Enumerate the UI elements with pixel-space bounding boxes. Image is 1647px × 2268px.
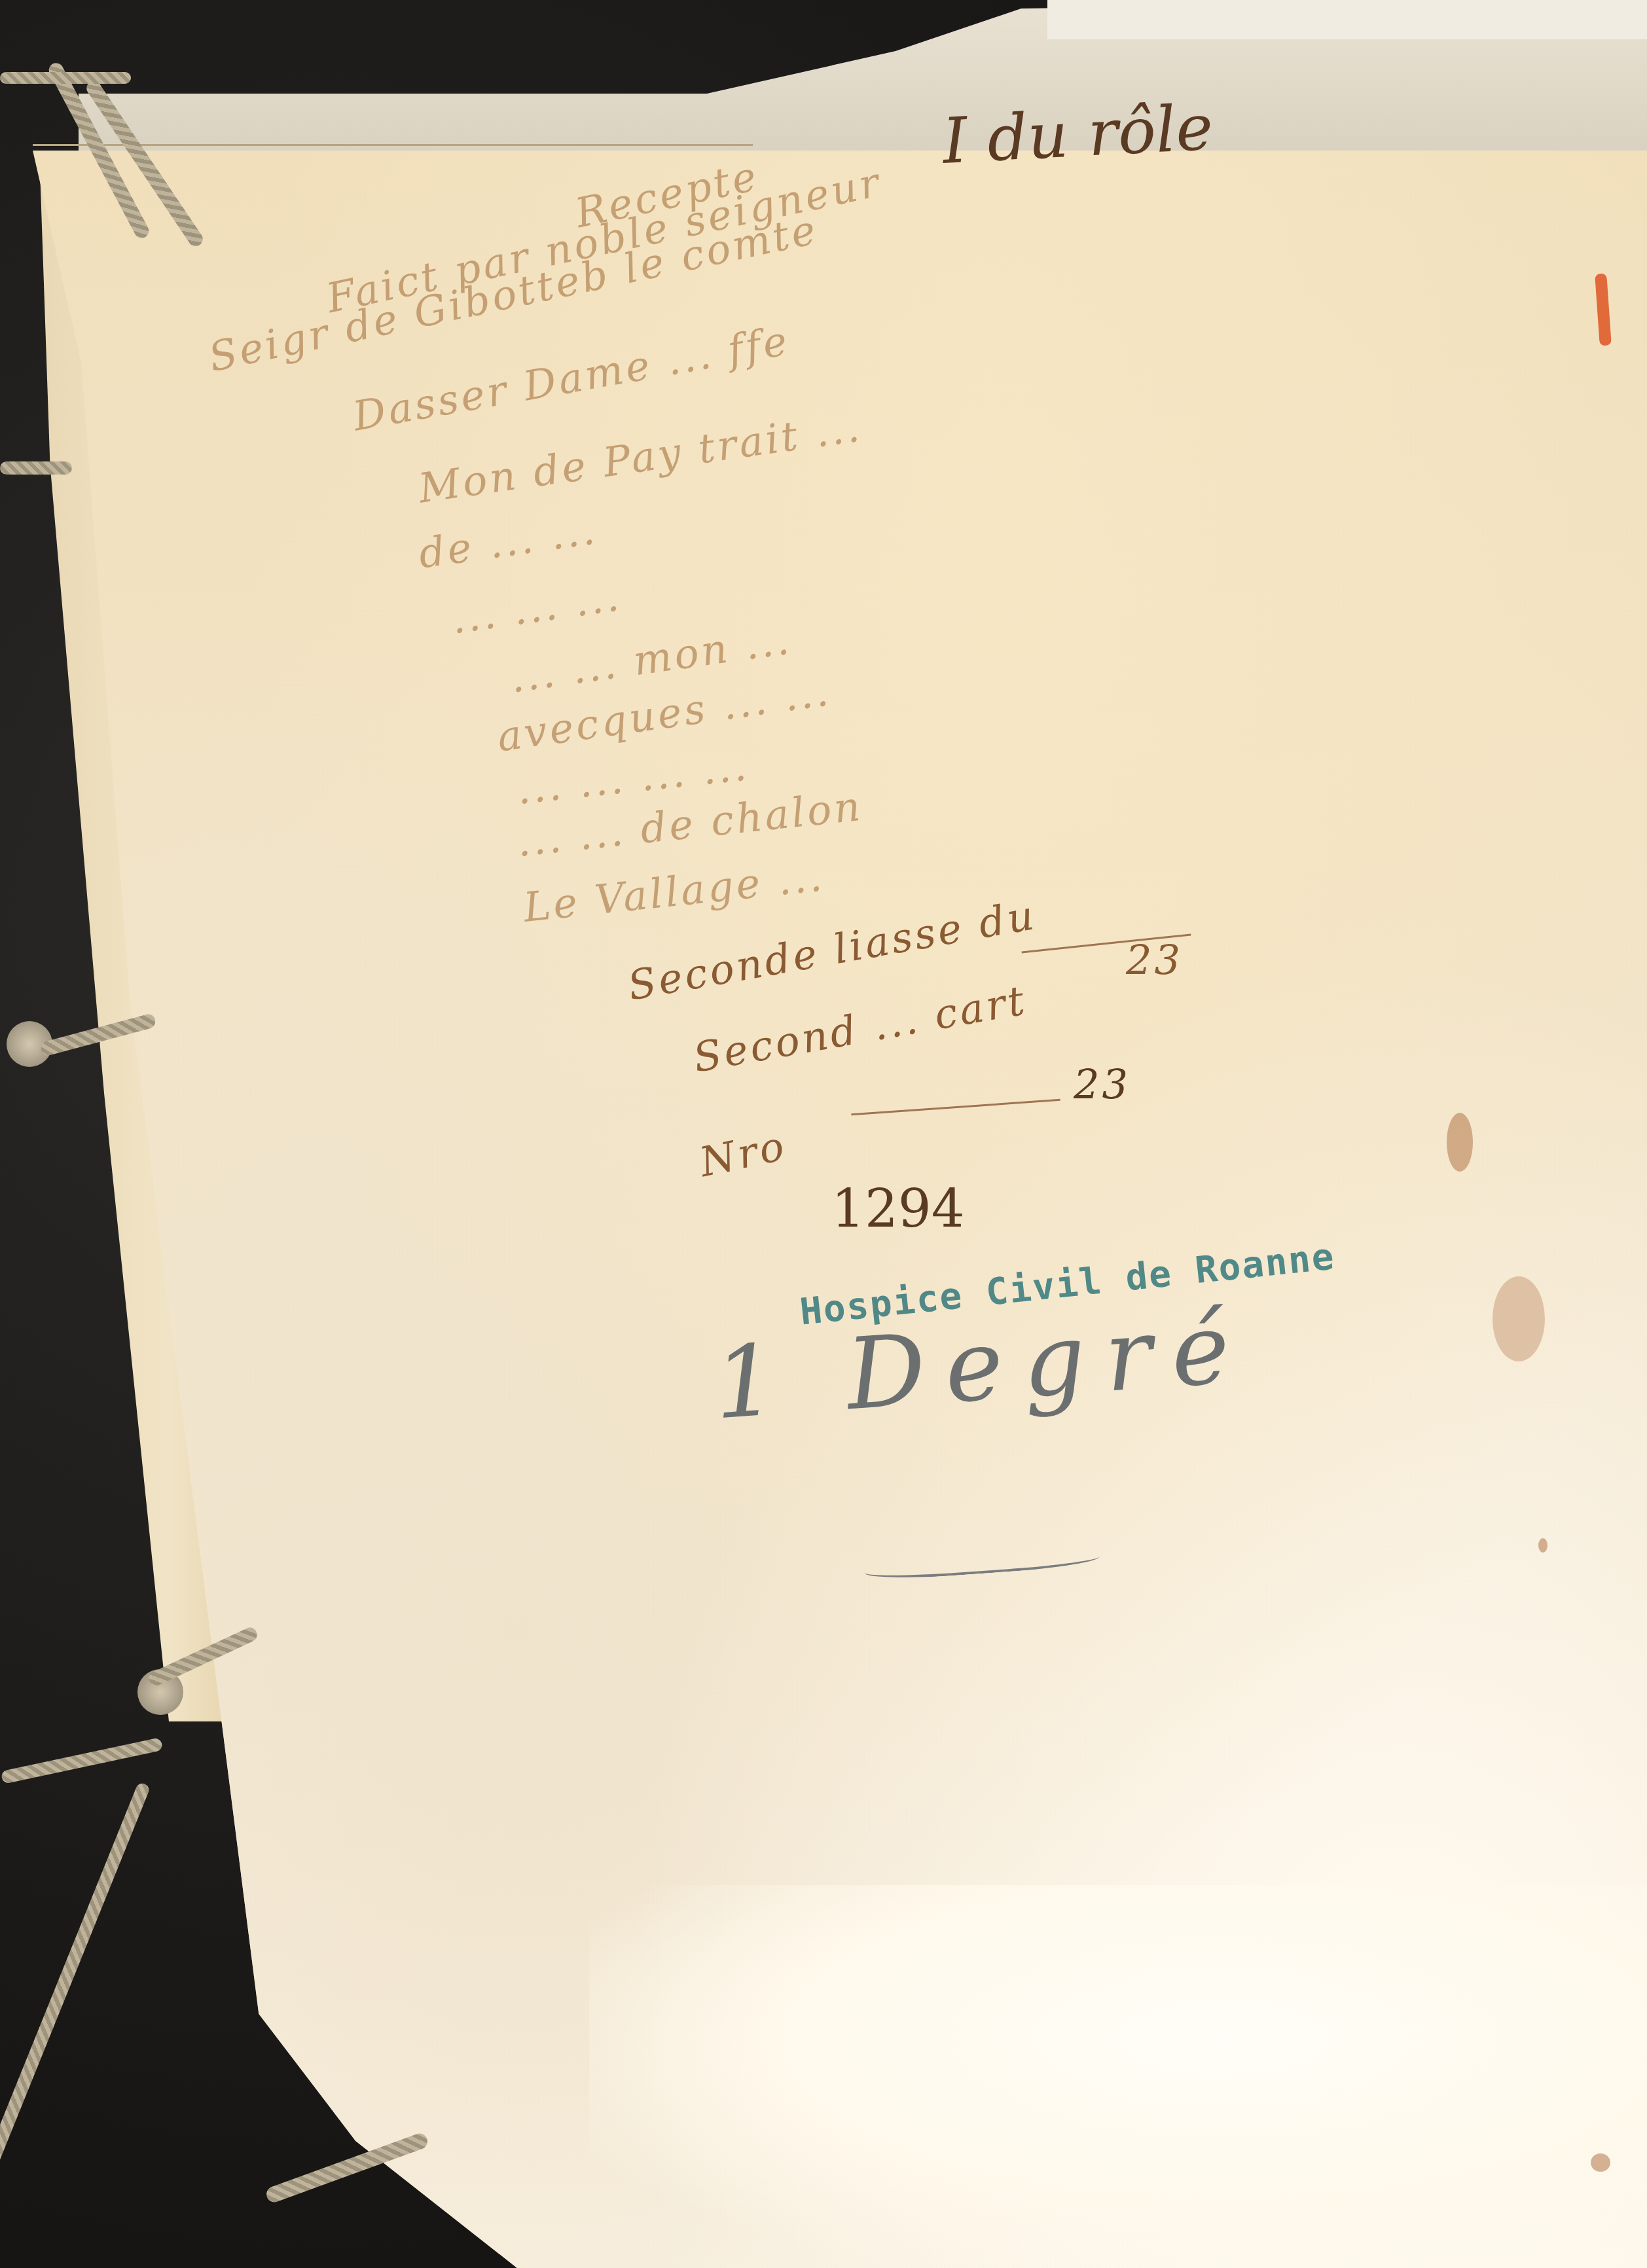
light-glare bbox=[589, 1885, 1647, 2268]
binding-string bbox=[0, 72, 131, 84]
stain bbox=[1447, 1113, 1473, 1172]
back-sheet-white-edge bbox=[1047, 0, 1647, 39]
stain bbox=[1591, 2153, 1610, 2172]
tally-value: 23 bbox=[1126, 936, 1183, 984]
binding-string bbox=[0, 461, 72, 475]
role-number: I du rôle bbox=[941, 90, 1215, 177]
tally-value: 23 bbox=[1074, 1060, 1131, 1108]
catalog-number: 1294 bbox=[831, 1178, 965, 1239]
stain bbox=[1538, 1538, 1547, 1553]
stain bbox=[1493, 1276, 1545, 1361]
